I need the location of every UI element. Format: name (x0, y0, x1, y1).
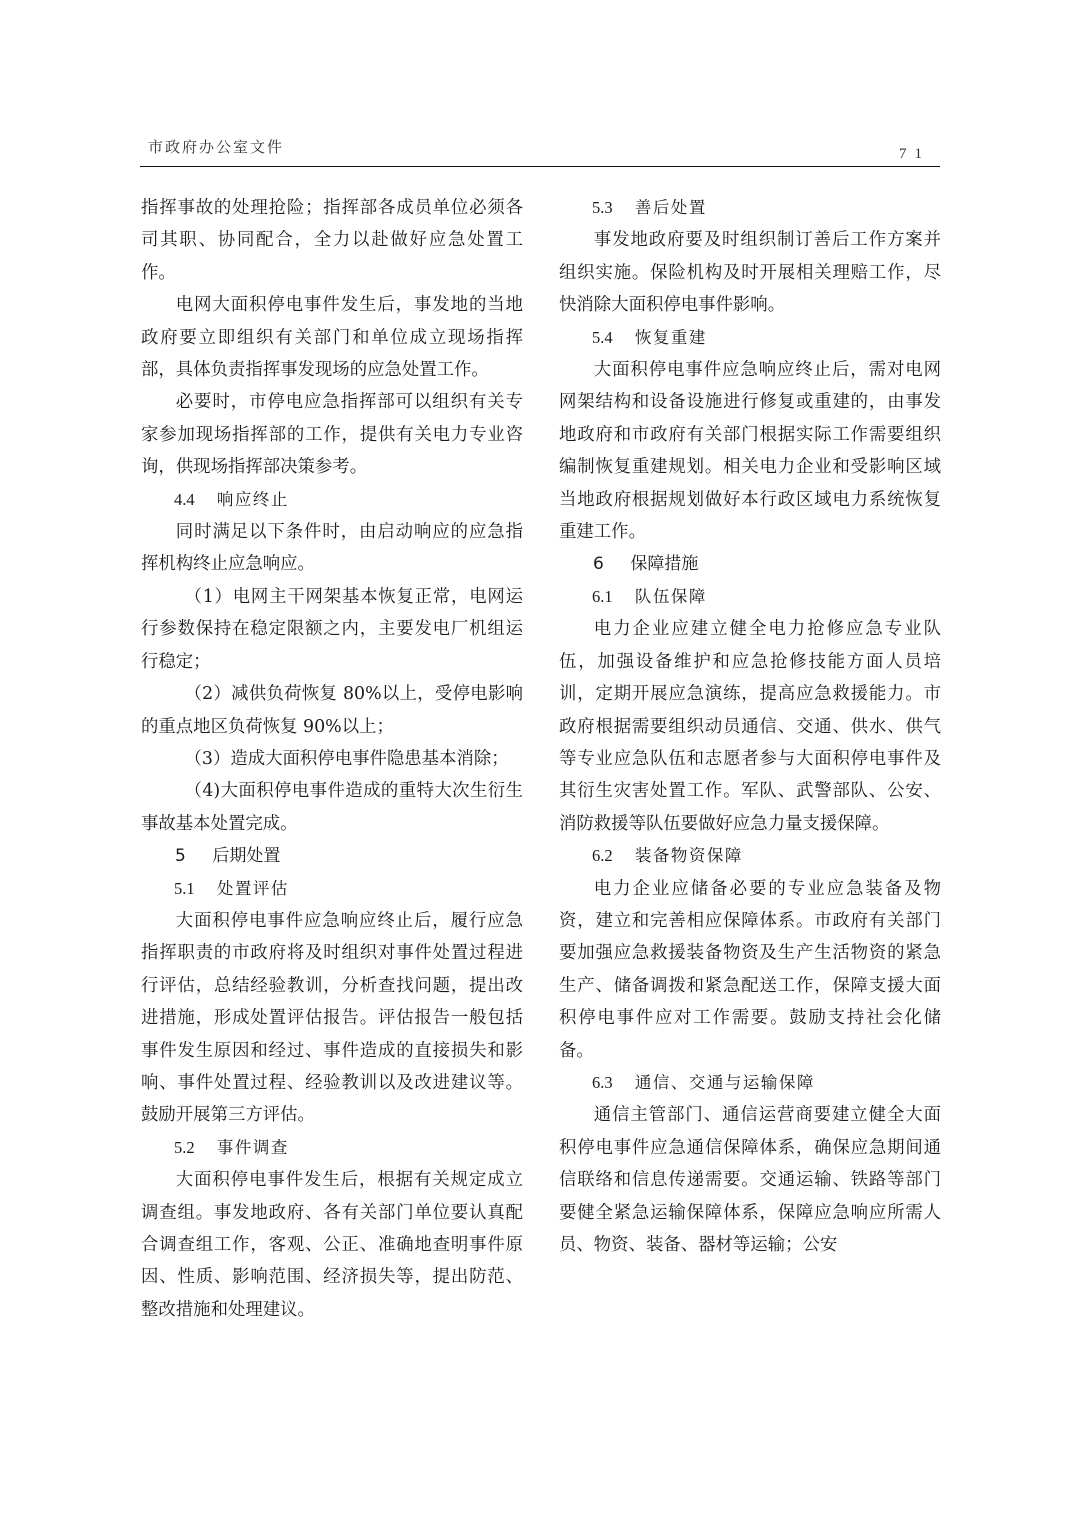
section-title: 处置评估 (217, 879, 289, 898)
section-title: 队伍保障 (635, 587, 707, 606)
condition-item: （4)大面积停电事件造成的重特大次生衍生事故基本处置完成。 (141, 775, 523, 840)
condition-item: （2）减供负荷恢复 80%以上，受停电影响的重点地区负荷恢复 90%以上； (141, 678, 523, 743)
section-heading-6: 6保障措施 (559, 548, 941, 580)
paragraph: 同时满足以下条件时，由启动响应的应急指挥机构终止应急响应。 (141, 516, 523, 581)
section-number: 5.4 (592, 322, 635, 354)
section-title: 响应终止 (217, 490, 289, 509)
section-title: 善后处置 (635, 198, 707, 217)
paragraph: 大面积停电事件应急响应终止后，履行应急指挥职责的市政府将及时组织对事件处置过程进… (141, 905, 523, 1132)
condition-item: （3）造成大面积停电事件隐患基本消除； (141, 743, 523, 775)
section-heading-6-3: 6.3通信、交通与运输保障 (559, 1067, 941, 1099)
section-number: 6 (593, 548, 630, 580)
paragraph: 大面积停电事件应急响应终止后，需对电网网架结构和设备设施进行修复或重建的，由事发… (559, 354, 941, 548)
section-heading-5: 5后期处置 (141, 840, 523, 872)
section-title: 保障措施 (630, 554, 698, 574)
condition-item: （1）电网主干网架基本恢复正常，电网运行参数保持在稳定限额之内，主要发电厂机组运… (141, 581, 523, 678)
section-title: 通信、交通与运输保障 (635, 1073, 815, 1092)
section-heading-4-4: 4.4响应终止 (141, 484, 523, 516)
section-number: 5.3 (592, 192, 635, 224)
paragraph: 通信主管部门、通信运营商要建立健全大面积停电事件应急通信保障体系，确保应急期间通… (559, 1099, 941, 1261)
paragraph: 电力企业应储备必要的专业应急装备及物资，建立和完善相应保障体系。市政府有关部门要… (559, 873, 941, 1067)
header-title: 市政府办公室文件 (148, 136, 284, 157)
section-title: 后期处置 (212, 846, 280, 866)
section-number: 5 (175, 840, 212, 872)
section-number: 6.3 (592, 1067, 635, 1099)
page-header: 市政府办公室文件 71 (140, 128, 940, 167)
section-number: 4.4 (174, 484, 217, 516)
paragraph: 电网大面积停电事件发生后，事发地的当地政府要立即组织有关部门和单位成立现场指挥部… (141, 289, 523, 386)
section-number: 5.2 (174, 1132, 217, 1164)
paragraph: 大面积停电事件发生后，根据有关规定成立调查组。事发地政府、各有关部门单位要认真配… (141, 1164, 523, 1326)
section-heading-6-2: 6.2装备物资保障 (559, 840, 941, 872)
paragraph: 指挥事故的处理抢险；指挥部各成员单位必须各司其职、协同配合，全力以赴做好应急处置… (141, 192, 523, 289)
paragraph: 电力企业应建立健全电力抢修应急专业队伍，加强设备维护和应急抢修技能方面人员培训，… (559, 613, 941, 840)
section-heading-5-2: 5.2事件调查 (141, 1132, 523, 1164)
paragraph: 事发地政府要及时组织制订善后工作方案并组织实施。保险机构及时开展相关理赔工作，尽… (559, 224, 941, 321)
section-heading-5-4: 5.4恢复重建 (559, 322, 941, 354)
section-title: 事件调查 (217, 1138, 289, 1157)
section-number: 6.1 (592, 581, 635, 613)
left-column: 指挥事故的处理抢险；指挥部各成员单位必须各司其职、协同配合，全力以赴做好应急处置… (141, 192, 523, 1326)
page-number: 71 (899, 146, 930, 163)
right-column: 5.3善后处置 事发地政府要及时组织制订善后工作方案并组织实施。保险机构及时开展… (559, 192, 941, 1261)
section-heading-6-1: 6.1队伍保障 (559, 581, 941, 613)
section-number: 6.2 (592, 840, 635, 872)
section-heading-5-1: 5.1处置评估 (141, 873, 523, 905)
section-title: 恢复重建 (635, 328, 707, 347)
section-number: 5.1 (174, 873, 217, 905)
paragraph: 必要时，市停电应急指挥部可以组织有关专家参加现场指挥部的工作，提供有关电力专业咨… (141, 386, 523, 483)
section-title: 装备物资保障 (635, 846, 743, 865)
section-heading-5-3: 5.3善后处置 (559, 192, 941, 224)
